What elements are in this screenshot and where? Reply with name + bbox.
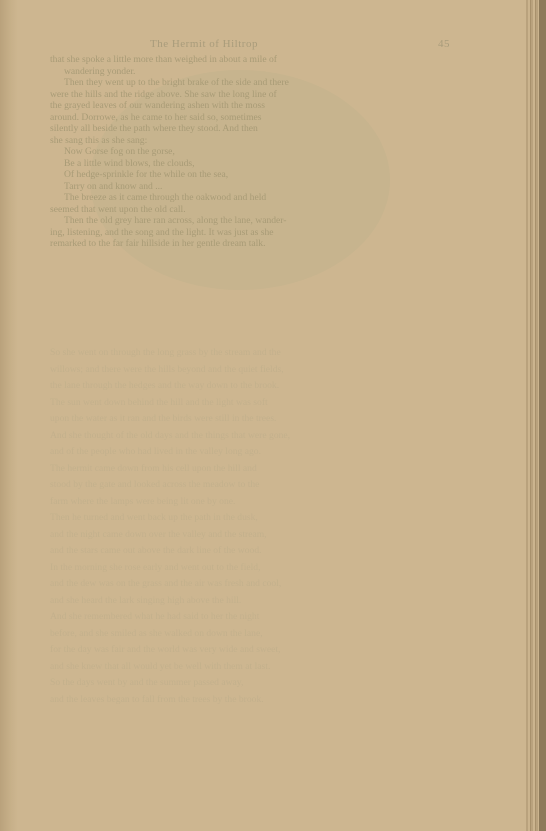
faded-text-line: upon the water as it ran and the birds w… [50,411,450,428]
text-line: Then they went up to the bright brake of… [50,77,450,89]
text-line: the grayed leaves of our wandering ashen… [50,100,450,112]
faded-text-line: and the night came down over the valley … [50,527,450,544]
page-number: 45 [438,38,450,50]
running-title: The Hermit of Hiltrop [150,38,258,50]
faded-text-block: So she went on through the long grass by… [50,345,450,708]
text-line: Then the old grey hare ran across, along… [50,215,450,227]
faded-text-line: So she went on through the long grass by… [50,345,450,362]
text-line: around. Dorrowe, as he came to her said … [50,112,450,124]
faded-text-line: farm where the lamps were being lit one … [50,494,450,511]
text-line: ing, listening, and the song and the lig… [50,227,450,239]
text-line: seemed that went upon the old call. [50,204,450,216]
faded-text-line: and she knew that all would yet be well … [50,659,450,676]
page-gutter [0,0,18,831]
faded-text-line: and the stars came out above the dark li… [50,543,450,560]
page-edge-shadow [539,0,546,831]
faded-text-line: In the morning she rose early and went o… [50,560,450,577]
faded-text-line: And she remembered what he had said to h… [50,609,450,626]
text-line: The breeze as it came through the oakwoo… [50,192,450,204]
faded-text-line: The hermit came down from his cell upon … [50,461,450,478]
verse-line: Be a little wind blows, the clouds, [64,158,450,170]
running-header: The Hermit of Hiltrop 45 [50,38,450,50]
text-line: silently all beside the path where they … [50,123,450,135]
text-line: that she spoke a little more than weighe… [50,54,450,66]
faded-text-line: and the leaves began to fall from the tr… [50,692,450,709]
text-line: were the hills and the ridge above. She … [50,89,450,101]
text-line: wandering yonder. [50,66,450,78]
faded-text-line: the lane through the hedges and the way … [50,378,450,395]
faded-text-line: and she heard the lark singing high abov… [50,593,450,610]
text-line: she sang this as she sang: [50,135,450,147]
faded-text-line: and the dew was on the grass and the air… [50,576,450,593]
book-page: The Hermit of Hiltrop 45 that she spoke … [50,38,450,250]
verse-block: Now Gorse fog on the gorse, Be a little … [64,146,450,192]
faded-text-line: and of the people who had lived in the v… [50,444,450,461]
verse-line: Of hedge-sprinkle for the while on the s… [64,169,450,181]
faded-text-line: for the day was fair and the world was v… [50,642,450,659]
faded-text-line: before, and she smiled as she walked on … [50,626,450,643]
verse-line: Now Gorse fog on the gorse, [64,146,450,158]
verse-line: Tarry on and know and ... [64,181,450,193]
faded-text-line: So the days went by and the summer passe… [50,675,450,692]
faded-text-line: The sun went down behind the hill and th… [50,395,450,412]
body-text: that she spoke a little more than weighe… [50,54,450,250]
faded-text-line: willows; and there were the hills beyond… [50,362,450,379]
faded-text-line: stood by the gate and looked across the … [50,477,450,494]
faded-text-line: Then he turned and went back up the path… [50,510,450,527]
faded-text-line: And she thought of the old days and the … [50,428,450,445]
text-line: remarked to the far fair hillside in her… [50,238,450,250]
